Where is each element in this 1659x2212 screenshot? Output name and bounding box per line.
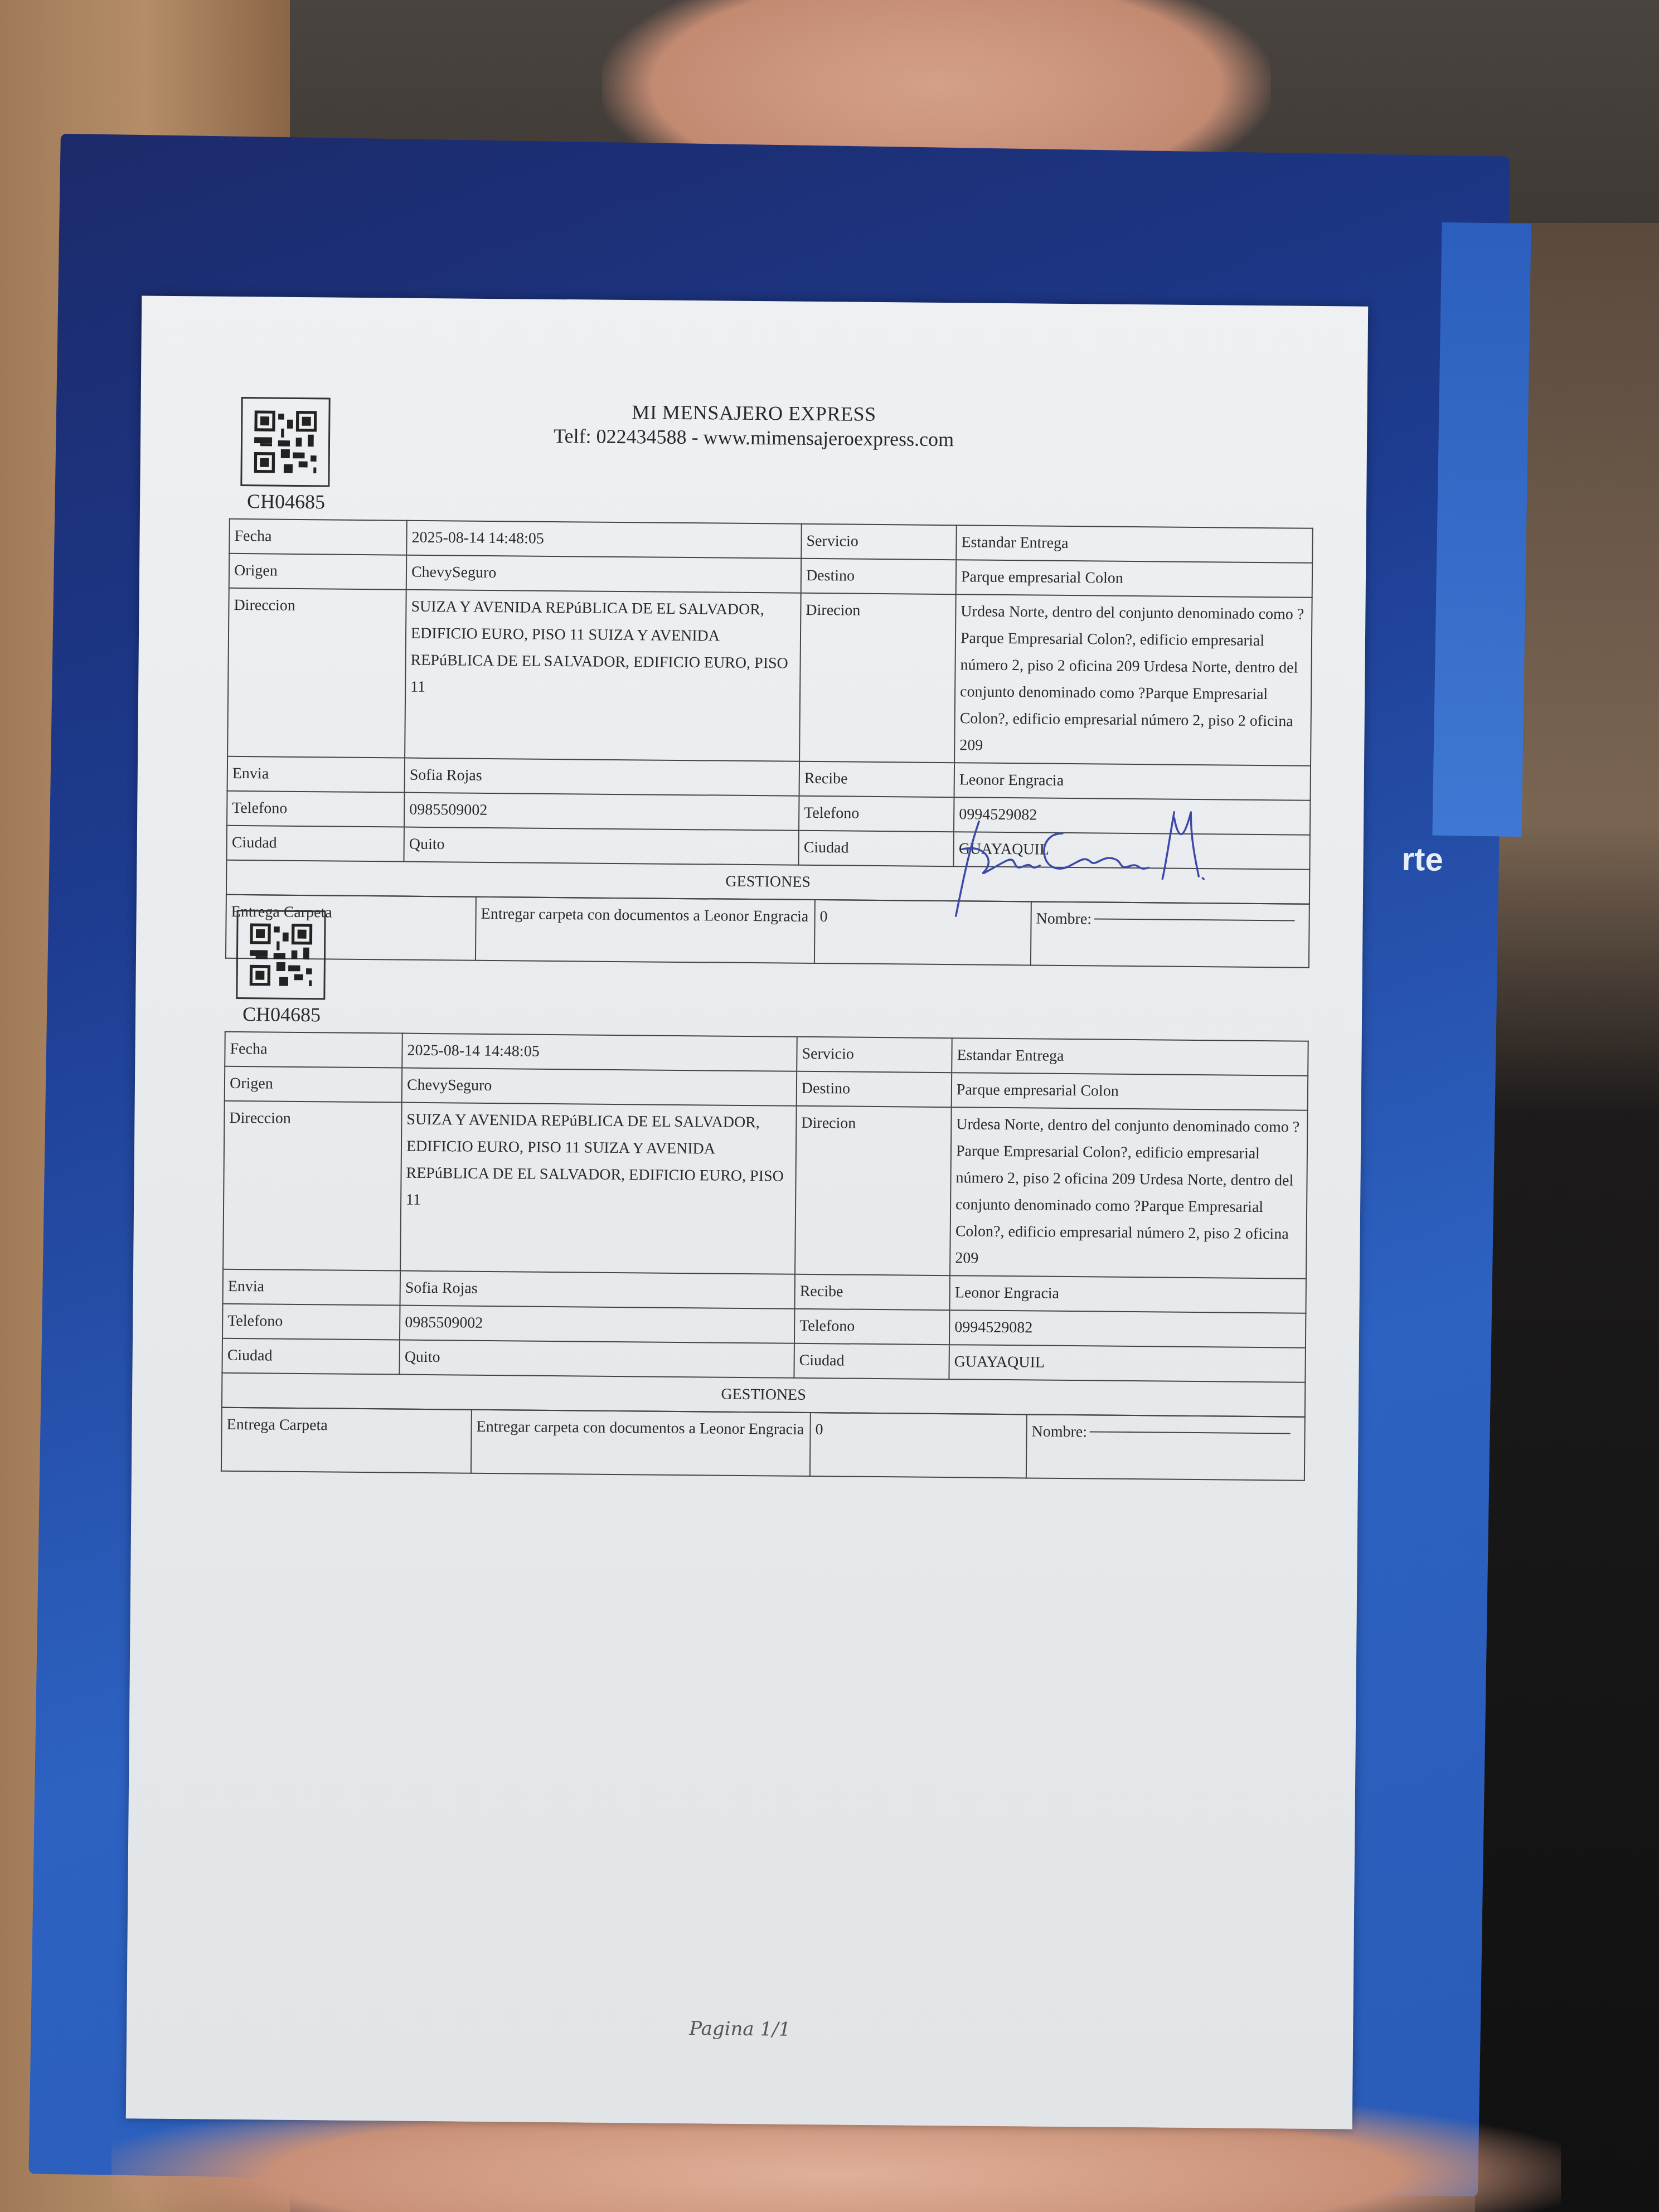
origen-label: Origen <box>229 554 407 590</box>
ciudad-label: Ciudad <box>222 1338 400 1375</box>
gestion-description: Entregar carpeta con documentos a Leonor… <box>471 1410 811 1476</box>
servicio-value: Estandar Entrega <box>952 1038 1308 1076</box>
servicio-label: Servicio <box>797 1037 952 1073</box>
folder-flap <box>1432 222 1531 837</box>
ciudad-origen-value: Quito <box>399 1340 794 1378</box>
telefono-envia-value: 0985509002 <box>400 1306 795 1343</box>
ciudad-label-right: Ciudad <box>794 1343 949 1379</box>
gestion-type: Entrega Carpeta <box>221 1408 472 1473</box>
telefono-label-right: Telefono <box>794 1309 950 1345</box>
destino-value: Parque empresarial Colon <box>952 1073 1308 1110</box>
fecha-value: 2025-08-14 14:48:05 <box>406 521 802 559</box>
envia-value: Sofia Rojas <box>405 758 800 796</box>
envia-label: Envia <box>223 1269 401 1306</box>
telefono-envia-value: 0985509002 <box>404 793 799 831</box>
nombre-label: Nombre: <box>1031 1423 1087 1440</box>
direcion-label: Direcion <box>799 593 956 763</box>
envia-value: Sofia Rojas <box>400 1271 795 1309</box>
fecha-value: 2025-08-14 14:48:05 <box>402 1034 797 1071</box>
recibe-value: Leonor Engracia <box>949 1275 1306 1313</box>
gestion-quantity: 0 <box>810 1413 1027 1478</box>
handwritten-signature <box>945 799 1214 924</box>
qr-code-glyph <box>250 923 313 986</box>
guide-copy-2: CH04685 Fecha 2025-08-14 14:48:05 Servic… <box>221 910 1310 1481</box>
signature-line <box>1089 1431 1290 1434</box>
qr-code-glyph <box>254 410 317 473</box>
servicio-value: Estandar Entrega <box>956 525 1313 563</box>
telefono-label: Telefono <box>227 791 405 827</box>
direccion-destino-value: Urdesa Norte, dentro del conjunto denomi… <box>950 1107 1308 1279</box>
telefono-recibe-value: 0994529082 <box>949 1310 1306 1348</box>
servicio-label: Servicio <box>801 524 957 560</box>
table-row: Direccion SUIZA Y AVENIDA REPúBLICA DE E… <box>223 1101 1308 1279</box>
qr-code-icon <box>240 397 330 487</box>
ciudad-destino-value: GUAYAQUIL <box>949 1345 1306 1382</box>
telefono-label: Telefono <box>222 1304 400 1340</box>
signature-field: Nombre: <box>1026 1414 1305 1480</box>
direccion-origen-value: SUIZA Y AVENIDA REPúBLICA DE EL SALVADOR… <box>400 1103 797 1274</box>
destino-label: Destino <box>801 559 957 594</box>
qr-code-icon <box>236 910 326 1000</box>
guide-number: CH04685 <box>247 489 1313 522</box>
ciudad-label-right: Ciudad <box>798 831 954 866</box>
origen-label: Origen <box>225 1066 402 1103</box>
direccion-label: Direccion <box>227 588 406 758</box>
folder-print-text: rte <box>1401 841 1443 879</box>
recibe-value: Leonor Engracia <box>954 763 1311 801</box>
recibe-label: Recibe <box>794 1274 950 1310</box>
guide-details-table: Fecha 2025-08-14 14:48:05 Servicio Estan… <box>221 1031 1309 1418</box>
table-row: Direccion SUIZA Y AVENIDA REPúBLICA DE E… <box>227 588 1312 766</box>
recibe-label: Recibe <box>799 761 955 797</box>
guide-number: CH04685 <box>242 1002 1309 1035</box>
telefono-label-right: Telefono <box>799 796 954 832</box>
origen-value: ChevySeguro <box>406 555 802 593</box>
origen-value: ChevySeguro <box>402 1068 797 1106</box>
ciudad-origen-value: Quito <box>404 827 799 865</box>
delivery-guide-sheet: MI MENSAJERO EXPRESS Telf: 022434588 - w… <box>126 295 1368 2129</box>
envia-label: Envia <box>227 756 405 793</box>
direccion-destino-value: Urdesa Norte, dentro del conjunto denomi… <box>954 594 1312 766</box>
page-number: Pagina 1/1 <box>127 2012 1353 2045</box>
direcion-label: Direcion <box>795 1106 952 1275</box>
gestiones-table: Entrega Carpeta Entregar carpeta con doc… <box>221 1407 1306 1481</box>
direccion-origen-value: SUIZA Y AVENIDA REPúBLICA DE EL SALVADOR… <box>405 590 801 761</box>
destino-value: Parque empresarial Colon <box>956 560 1313 598</box>
ciudad-label: Ciudad <box>226 826 404 862</box>
direccion-label: Direccion <box>223 1101 402 1271</box>
destino-label: Destino <box>797 1071 952 1107</box>
gestion-row: Entrega Carpeta Entregar carpeta con doc… <box>221 1408 1305 1481</box>
fecha-label: Fecha <box>225 1032 402 1068</box>
fecha-label: Fecha <box>229 519 407 555</box>
